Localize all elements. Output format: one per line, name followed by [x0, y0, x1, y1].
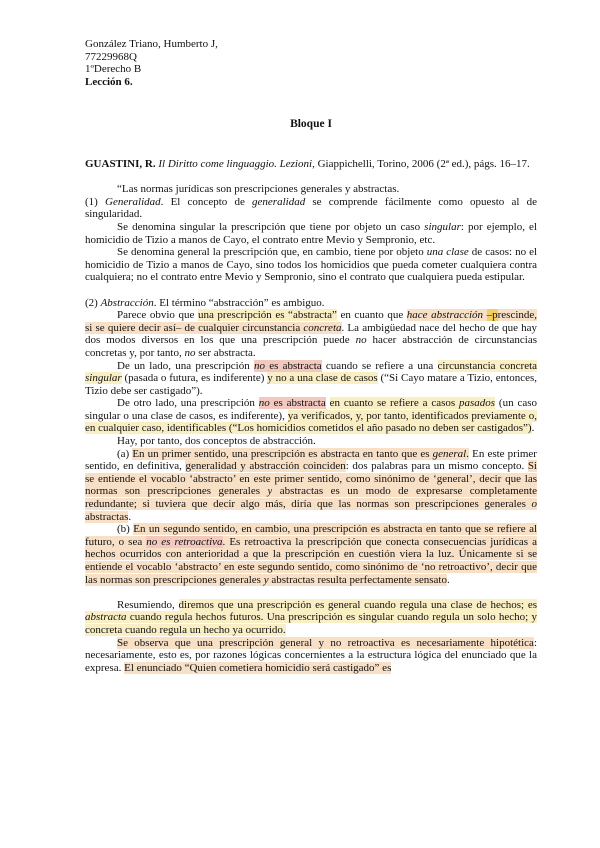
text-run: (2): [85, 297, 101, 309]
highlighted-text: no: [254, 360, 265, 372]
student-header: González Triano, Humberto J, 77229968Q 1…: [85, 38, 537, 88]
paragraph: Resumiendo, diremos que una prescripción…: [85, 599, 537, 637]
text-run: (pasada o futura, es indiferente): [122, 372, 268, 384]
highlighted-text: es abstracta: [265, 360, 322, 372]
text-run: GUASTINI, R.: [85, 158, 158, 170]
paragraph: Se denomina general la prescripción que,…: [85, 246, 537, 284]
highlighted-text: abstractas resulta perfectamente sensato: [269, 574, 447, 586]
highlighted-text: circunstancia concreta: [438, 360, 538, 372]
highlighted-text: singular: [85, 372, 122, 384]
highlighted-text: y: [264, 574, 269, 586]
text-run: .: [447, 574, 450, 586]
text-run: Se denomina general la prescripción que,…: [117, 246, 427, 258]
paragraph: GUASTINI, R. Il Diritto come linguaggio.…: [85, 158, 537, 171]
text-run: . El concepto de: [161, 196, 252, 208]
highlighted-text: hace abstracción: [407, 309, 483, 321]
paragraph: “Las normas jurídicas son prescripciones…: [85, 183, 537, 196]
text-run: (b): [117, 523, 133, 535]
text-run: (a): [117, 448, 132, 460]
text-run: Hay, por tanto, dos conceptos de abstrac…: [117, 435, 316, 447]
lesson-label: Lección 6.: [85, 76, 537, 89]
paragraph: (1) Generalidad. El concepto de generali…: [85, 196, 537, 221]
paragraph: Se observa que una prescripción general …: [85, 637, 537, 675]
text-run: Se denomina singular la prescripción que…: [117, 221, 424, 233]
text-run: [326, 397, 330, 409]
student-id: 77229968Q: [85, 51, 537, 64]
highlighted-text: una prescripción es “abstracta”: [198, 309, 337, 321]
highlighted-text: Se observa que una prescripción general …: [117, 637, 534, 649]
highlighted-text: general: [433, 448, 467, 460]
highlighted-text: no: [259, 397, 270, 409]
highlighted-text: y no a una clase de casos: [267, 372, 377, 384]
text-run: generalidad: [252, 196, 305, 208]
paragraph: (2) Abstracción. El término “abstracción…: [85, 297, 537, 310]
text-run: no: [356, 334, 367, 346]
highlighted-text: El enunciado “Quien cometiera homicidio …: [124, 662, 391, 674]
document-page: González Triano, Humberto J, 77229968Q 1…: [0, 0, 600, 848]
highlighted-text: en cuanto se refiere a casos: [330, 397, 459, 409]
paragraph: Parece obvio que una prescripción es “ab…: [85, 309, 537, 359]
highlighted-text: concreta: [303, 322, 341, 334]
text-run: , Giappichelli, Torino, 2006 (2ª ed.), p…: [312, 158, 530, 170]
highlighted-text: pasados: [459, 397, 495, 409]
highlighted-text: o: [532, 498, 538, 510]
highlighted-text: no es retroactiva: [146, 536, 222, 548]
text-run: singular: [424, 221, 461, 233]
text-run: Parece obvio que: [117, 309, 198, 321]
paragraph: (b) En un segundo sentido, en cambio, un…: [85, 523, 537, 586]
text-run: Resumiendo,: [117, 599, 179, 611]
text-run: en cuanto que: [337, 309, 407, 321]
paragraph: Hay, por tanto, dos conceptos de abstrac…: [85, 435, 537, 448]
highlighted-text: es abstracta: [270, 397, 326, 409]
text-run: no: [184, 347, 195, 359]
highlighted-text: generalidad y abstracción coinciden: [185, 460, 345, 472]
section-title: Bloque I: [85, 118, 537, 130]
highlighted-text: cuando regula hechos futuros. Una prescr…: [85, 611, 537, 636]
highlighted-text: diremos que una prescripción es general …: [179, 599, 537, 611]
paragraph: De otro lado, una prescripción no es abs…: [85, 397, 537, 435]
text-run: ser abstracta.: [195, 347, 255, 359]
highlighted-text: abstractas: [85, 511, 128, 523]
paragraph: Se denomina singular la prescripción que…: [85, 221, 537, 246]
text-run: cuando se refiere a una: [322, 360, 438, 372]
highlighted-text: abstracta: [85, 611, 127, 623]
text-run: .: [128, 511, 131, 523]
text-run: : dos palabras para un mismo concepto.: [346, 460, 528, 472]
paragraph: (a) En un primer sentido, una prescripci…: [85, 448, 537, 524]
text-run: una clase: [427, 246, 469, 258]
text-run: Abstracción: [101, 297, 154, 309]
course-label: 1ºDerecho B: [85, 63, 537, 76]
text-run: (1): [85, 196, 105, 208]
text-run: “Las normas jurídicas son prescripciones…: [117, 183, 399, 195]
text-run: De otro lado, una prescripción: [117, 397, 259, 409]
document-body: GUASTINI, R. Il Diritto come linguaggio.…: [85, 158, 537, 674]
text-run: Il Diritto come linguaggio. Lezioni: [158, 158, 312, 170]
highlighted-text: En un primer sentido, una prescripción e…: [132, 448, 432, 460]
text-run: Generalidad: [105, 196, 161, 208]
highlighted-text: –p: [487, 309, 498, 321]
student-name: González Triano, Humberto J,: [85, 38, 537, 51]
paragraph: De un lado, una prescripción no es abstr…: [85, 360, 537, 398]
text-run: . El término “abstracción” es ambiguo.: [154, 297, 325, 309]
text-run: De un lado, una prescripción: [117, 360, 254, 372]
text-run: .: [532, 422, 535, 434]
